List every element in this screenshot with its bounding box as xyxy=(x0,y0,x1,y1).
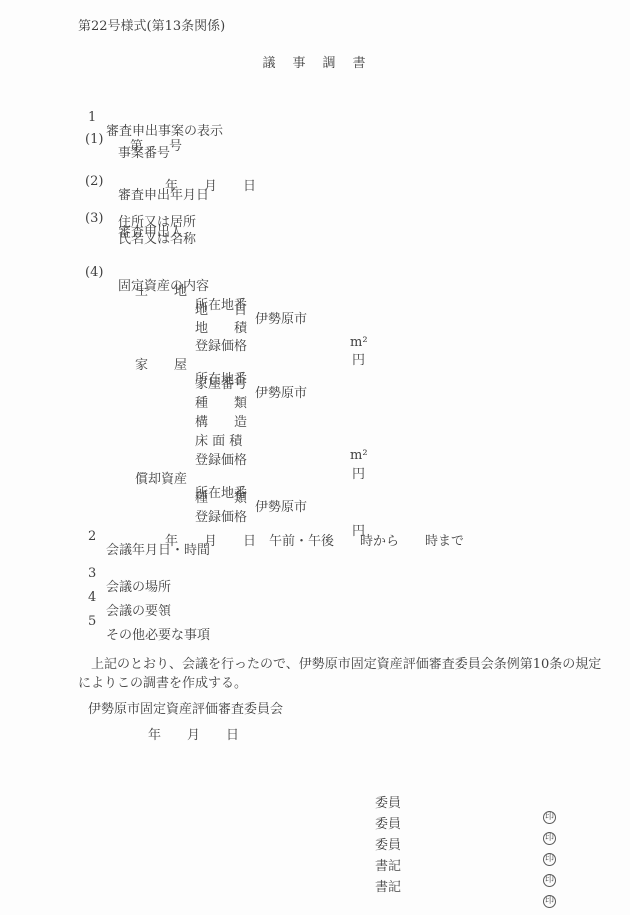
item-number: 2 xyxy=(88,530,96,544)
filing-date-blank: 年 月 日 xyxy=(165,180,256,194)
appellant-heading: (3) 審査申出人 xyxy=(0,198,630,254)
meeting-datetime-blank: 年 月 日 午前・午後 時から 時まで xyxy=(165,535,464,549)
item-number: 5 xyxy=(88,615,96,629)
case-number-blank: 第 号 xyxy=(130,140,182,154)
item-label: その他必要な事項 xyxy=(106,629,210,643)
appellant-name-label: 氏名又は名称 xyxy=(118,233,196,247)
item-number: (1) xyxy=(85,133,103,147)
committee-name: 伊勢原市固定資産評価審査委員会 xyxy=(88,703,283,717)
signature-row: 書記 印 xyxy=(0,867,630,915)
signature-role: 書記 xyxy=(375,881,401,895)
item-number: (2) xyxy=(85,175,103,189)
closing-paragraph-line-1: 上記のとおり、会議を行ったので、伊勢原市固定資産評価審査委員会条例第10条の規定 xyxy=(78,658,601,672)
form-number: 第22号様式(第13条関係) xyxy=(78,20,225,34)
seal-icon: 印 xyxy=(543,895,556,908)
date-blank: 年 月 日 xyxy=(148,729,239,743)
section-5-heading: 5 その他必要な事項 xyxy=(0,601,630,657)
page-title: 議 事 調 書 xyxy=(0,57,630,71)
closing-paragraph-line-2: によりこの調書を作成する。 xyxy=(78,677,247,691)
item-number: (3) xyxy=(85,212,103,226)
appellant-address-label: 住所又は居所 xyxy=(118,216,196,230)
document-page: 第22号様式(第13条関係) 議 事 調 書 1 審査申出事案の表示 (1) 事… xyxy=(0,0,630,915)
